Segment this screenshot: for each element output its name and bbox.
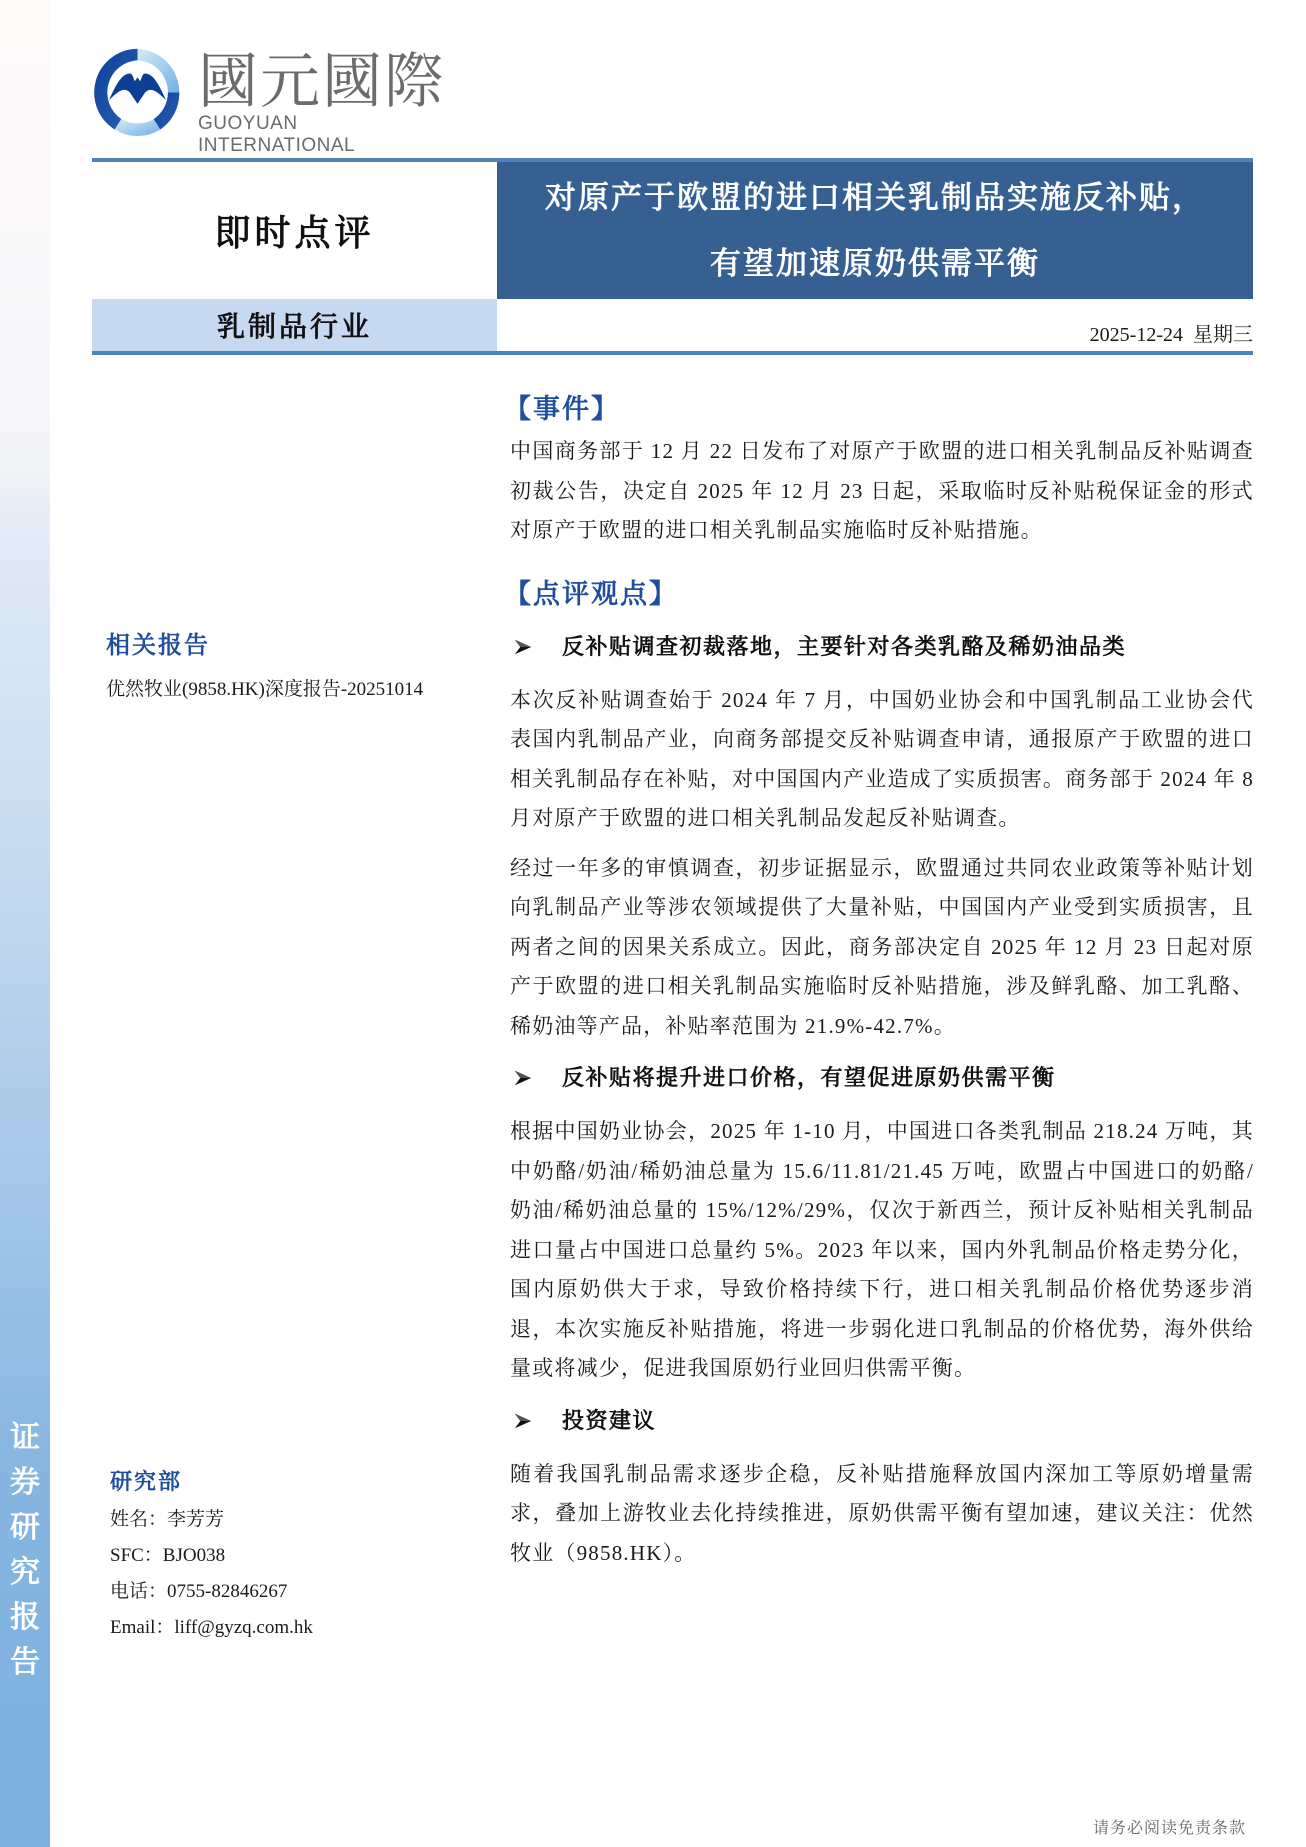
commentary-heading: 【点评观点】 <box>504 575 1254 615</box>
industry-label: 乳制品行业 <box>92 299 497 351</box>
logo-mark-icon <box>90 45 185 140</box>
related-reports-title: 相关报告 <box>106 625 423 660</box>
weekday-value: 星期三 <box>1193 324 1253 346</box>
company-logo: 國元國際 GUOYUAN INTERNATIONAL <box>90 45 450 140</box>
analyst-sfc: SFC：BJO038 <box>110 1538 313 1574</box>
related-report-link[interactable]: 优然牧业(9858.HK)深度报告-20251014 <box>106 674 423 701</box>
report-title-line1: 对原产于欧盟的进口相关乳制品实施反补贴， <box>545 165 1205 231</box>
side-strip-char: 证 <box>10 1415 40 1460</box>
side-strip-char: 报 <box>10 1595 40 1640</box>
section-title-text: 投资建议 <box>562 1401 656 1441</box>
research-contact: 研究部 姓名：李芳芳 SFC：BJO038 电话：0755-82846267 E… <box>110 1465 313 1646</box>
report-type: 即时点评 <box>92 162 497 299</box>
commentary-section-title: 反补贴将提升进口价格，有望促进原奶供需平衡 <box>510 1058 1254 1098</box>
side-strip-char: 研 <box>10 1505 40 1550</box>
section-title-text: 反补贴将提升进口价格，有望促进原奶供需平衡 <box>562 1058 1056 1098</box>
arrow-bullet-icon <box>514 1069 532 1087</box>
analyst-name: 姓名：李芳芳 <box>110 1502 313 1538</box>
side-strip-char: 究 <box>10 1550 40 1595</box>
side-strip-label: 证 券 研 究 报 告 <box>0 1415 50 1685</box>
date-value: 2025-12-24 <box>1090 324 1183 346</box>
commentary-section-title: 反补贴调查初裁落地，主要针对各类乳酪及稀奶油品类 <box>510 627 1254 667</box>
event-text: 中国商务部于 12 月 22 日发布了对原产于欧盟的进口相关乳制品反补贴调查初裁… <box>510 432 1254 551</box>
section-title-text: 反补贴调查初裁落地，主要针对各类乳酪及稀奶油品类 <box>562 627 1126 667</box>
logo-cn-text: 國元國際 <box>198 47 446 117</box>
report-date: 2025-12-24 星期三 <box>1090 318 1253 347</box>
disclaimer-link[interactable]: 请务必阅读免责条款 <box>1093 1815 1246 1838</box>
arrow-bullet-icon <box>514 1412 532 1430</box>
side-strip-char: 券 <box>10 1460 40 1505</box>
header-bottom-rule <box>92 351 1253 355</box>
logo-en-text: GUOYUAN INTERNATIONAL <box>198 113 450 157</box>
event-heading: 【事件】 <box>504 390 1254 430</box>
section-paragraph: 随着我国乳制品需求逐步企稳，反补贴措施释放国内深加工等原奶增量需求，叠加上游牧业… <box>510 1455 1254 1574</box>
section-paragraph: 经过一年多的审慎调查，初步证据显示，欧盟通过共同农业政策等补贴计划向乳制品产业等… <box>510 849 1254 1047</box>
section-paragraph: 根据中国奶业协会，2025 年 1-10 月，中国进口各类乳制品 218.24 … <box>510 1112 1254 1389</box>
research-dept-title: 研究部 <box>110 1465 313 1496</box>
arrow-bullet-icon <box>514 638 532 656</box>
related-reports: 相关报告 优然牧业(9858.HK)深度报告-20251014 <box>106 625 423 701</box>
report-title-line2: 有望加速原奶供需平衡 <box>710 231 1040 297</box>
analyst-phone: 电话：0755-82846267 <box>110 1574 313 1610</box>
main-content: 【事件】 中国商务部于 12 月 22 日发布了对原产于欧盟的进口相关乳制品反补… <box>510 390 1254 1573</box>
analyst-email[interactable]: Email：liff@gyzq.com.hk <box>110 1610 313 1646</box>
side-strip-char: 告 <box>10 1640 40 1685</box>
side-strip: 证 券 研 究 报 告 <box>0 0 50 1847</box>
section-paragraph: 本次反补贴调查始于 2024 年 7 月，中国奶业协会和中国乳制品工业协会代表国… <box>510 681 1254 839</box>
commentary-section-title: 投资建议 <box>510 1401 1254 1441</box>
report-title: 对原产于欧盟的进口相关乳制品实施反补贴， 有望加速原奶供需平衡 <box>497 162 1253 299</box>
